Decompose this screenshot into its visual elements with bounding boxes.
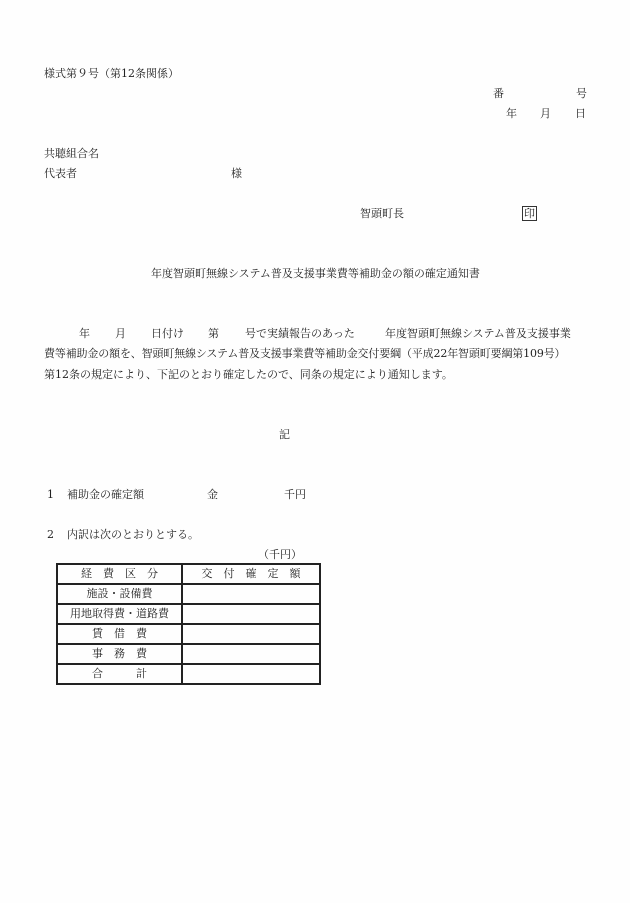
- body-report: 号で実績報告のあった: [245, 327, 355, 341]
- table-row: 賃 借 費: [57, 624, 320, 644]
- number-label-a: 番: [493, 87, 504, 101]
- table-row-total: 合 計: [57, 664, 320, 684]
- item2-label: 内訳は次のとおりとする。: [67, 528, 199, 542]
- body-day: 日付け: [151, 327, 184, 341]
- item1-number: 1: [47, 488, 54, 502]
- row-category: 用地取得費・道路費: [57, 604, 182, 624]
- table-row: 施設・設備費: [57, 584, 320, 604]
- row-amount: [182, 624, 320, 644]
- table-row: 事 務 費: [57, 644, 320, 664]
- row-category: 事 務 費: [57, 644, 182, 664]
- body-month: 月: [115, 327, 126, 341]
- month-label: 月: [540, 107, 551, 121]
- row-category: 施設・設備費: [57, 584, 182, 604]
- body-year: 年: [79, 327, 90, 341]
- seal-mark: 印: [522, 206, 537, 221]
- header-category: 経 費 区 分: [57, 564, 182, 584]
- number-label-b: 号: [576, 87, 587, 101]
- body-fy-program: 年度智頭町無線システム普及支援事業: [385, 327, 571, 341]
- year-label: 年: [506, 107, 517, 121]
- table-header-row: 経 費 区 分 交 付 確 定 額: [57, 564, 320, 584]
- row-amount: [182, 604, 320, 624]
- row-category: 合 計: [57, 664, 182, 684]
- item2-number: 2: [47, 528, 54, 542]
- breakdown-table: 経 費 区 分 交 付 確 定 額 施設・設備費 用地取得費・道路費 賃 借 費…: [56, 563, 321, 685]
- body-line-3: 第12条の規定により、下記のとおり確定したので、同条の規定により通知します。: [44, 368, 453, 382]
- item1-prefix: 金: [207, 488, 218, 502]
- day-label: 日: [575, 107, 586, 121]
- item1-unit: 千円: [284, 488, 306, 502]
- body-line-2: 費等補助金の額を、智頭町無線システム普及支援事業費等補助金交付要綱（平成22年智…: [44, 347, 565, 361]
- body-dai: 第: [208, 327, 219, 341]
- row-amount: [182, 664, 320, 684]
- row-amount: [182, 644, 320, 664]
- document-title: 年度智頭町無線システム普及支援事業費等補助金の額の確定通知書: [151, 267, 480, 281]
- issuer-title: 智頭町長: [360, 207, 404, 221]
- item1-label: 補助金の確定額: [67, 488, 144, 502]
- row-amount: [182, 584, 320, 604]
- form-id: 様式第９号（第12条関係）: [44, 67, 179, 81]
- honorific: 様: [231, 167, 242, 181]
- header-amount: 交 付 確 定 額: [182, 564, 320, 584]
- representative-label: 代表者: [44, 167, 77, 181]
- ki-heading: 記: [279, 428, 290, 442]
- row-category: 賃 借 費: [57, 624, 182, 644]
- unit-note: （千円）: [258, 548, 302, 562]
- table-row: 用地取得費・道路費: [57, 604, 320, 624]
- association-label: 共聴組合名: [44, 147, 99, 161]
